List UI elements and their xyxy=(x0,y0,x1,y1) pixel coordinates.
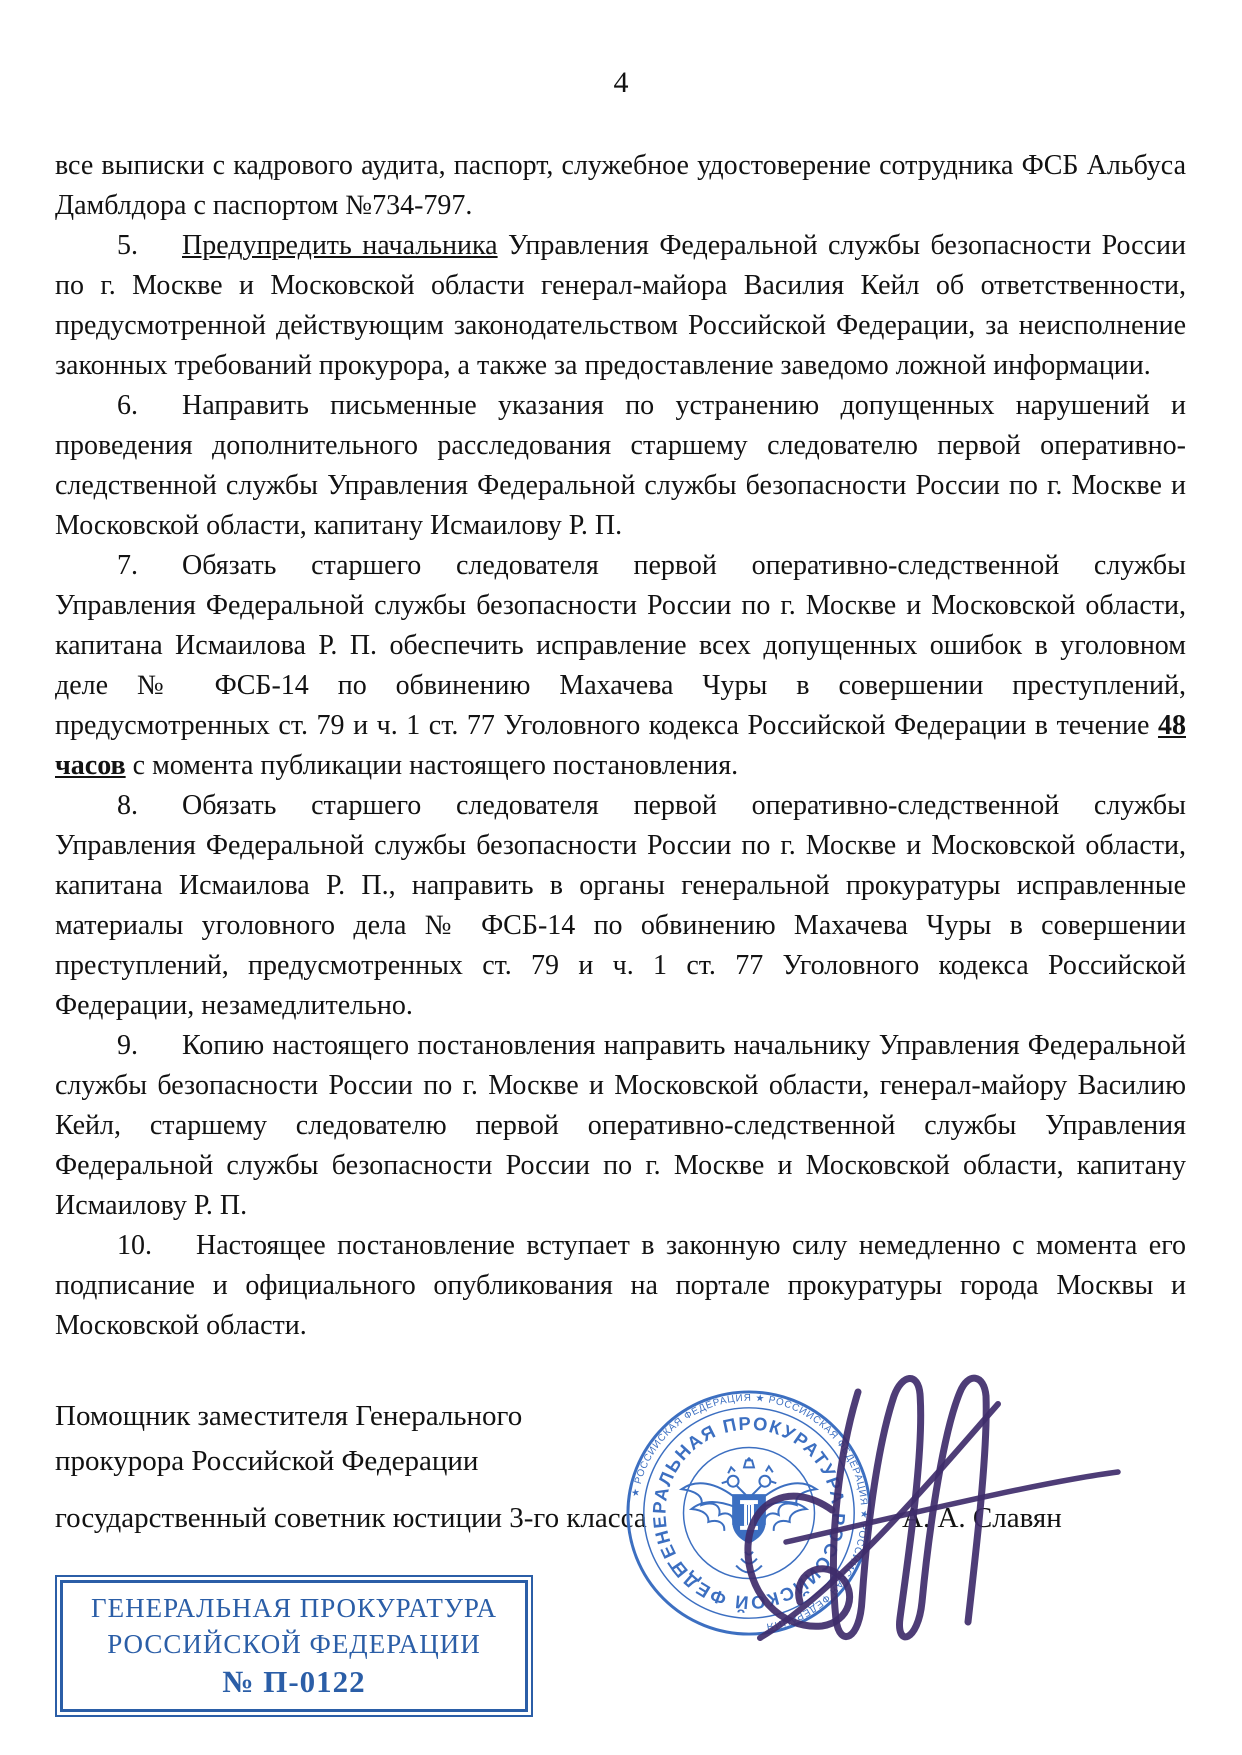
paragraph-number: 10. xyxy=(117,1230,152,1261)
stamp-org-line1: ГЕНЕРАЛЬНАЯ ПРОКУРАТУРА xyxy=(91,1590,497,1626)
paragraph-text: Обязать старшего следователя первой опер… xyxy=(55,790,1186,1021)
registration-stamp: ГЕНЕРАЛЬНАЯ ПРОКУРАТУРА РОССИЙСКОЙ ФЕДЕР… xyxy=(55,1575,533,1717)
signature-position-line1: Помощник заместителя Генерального xyxy=(55,1394,522,1439)
paragraph-number: 7. xyxy=(117,550,138,581)
paragraph-number: 6. xyxy=(117,390,138,421)
signature-rank-line: государственный советник юстиции 3-го кл… xyxy=(55,1498,647,1538)
paragraph-text: Направить письменные указания по устране… xyxy=(55,390,1186,541)
paragraph-item-10: 10.Настоящее постановление вступает в за… xyxy=(55,1226,1186,1346)
page-number: 4 xyxy=(0,66,1242,100)
paragraph-item-5: 5.Предупредить начальника Управления Фед… xyxy=(55,226,1186,386)
paragraph-item-8: 8.Обязать старшего следователя первой оп… xyxy=(55,786,1186,1026)
paragraph-text: все выписки с кадрового аудита, паспорт,… xyxy=(55,150,1186,221)
paragraph-continuation: все выписки с кадрового аудита, паспорт,… xyxy=(55,146,1186,226)
paragraph-text: Настоящее постановление вступает в закон… xyxy=(55,1230,1186,1341)
registration-stamp-frame: ГЕНЕРАЛЬНАЯ ПРОКУРАТУРА РОССИЙСКОЙ ФЕДЕР… xyxy=(60,1580,528,1712)
stamp-number: № П-0122 xyxy=(222,1662,365,1702)
paragraph-item-7: 7.Обязать старшего следователя первой оп… xyxy=(55,546,1186,786)
paragraph-text: Обязать старшего следователя первой опер… xyxy=(55,550,1186,741)
stamp-org-line2: РОССИЙСКОЙ ФЕДЕРАЦИИ xyxy=(107,1626,481,1662)
paragraph-item-6: 6.Направить письменные указания по устра… xyxy=(55,386,1186,546)
paragraph-text-underline: Предупредить начальника xyxy=(182,230,498,261)
paragraph-item-9: 9.Копию настоящего постановления направи… xyxy=(55,1026,1186,1226)
paragraph-text: Копию настоящего постановления направить… xyxy=(55,1030,1186,1221)
document-body: все выписки с кадрового аудита, паспорт,… xyxy=(55,146,1186,1346)
document-page: 4 все выписки с кадрового аудита, паспор… xyxy=(0,0,1242,1755)
paragraph-number: 9. xyxy=(117,1030,138,1061)
signature-position-title: Помощник заместителя Генерального прокур… xyxy=(55,1394,522,1484)
paragraph-text: с момента публикации настоящего постанов… xyxy=(126,750,738,781)
paragraph-number: 5. xyxy=(117,230,138,261)
signature-position-line2: прокурора Российской Федерации xyxy=(55,1439,522,1484)
paragraph-number: 8. xyxy=(117,790,138,821)
handwritten-signature xyxy=(600,1330,1160,1660)
